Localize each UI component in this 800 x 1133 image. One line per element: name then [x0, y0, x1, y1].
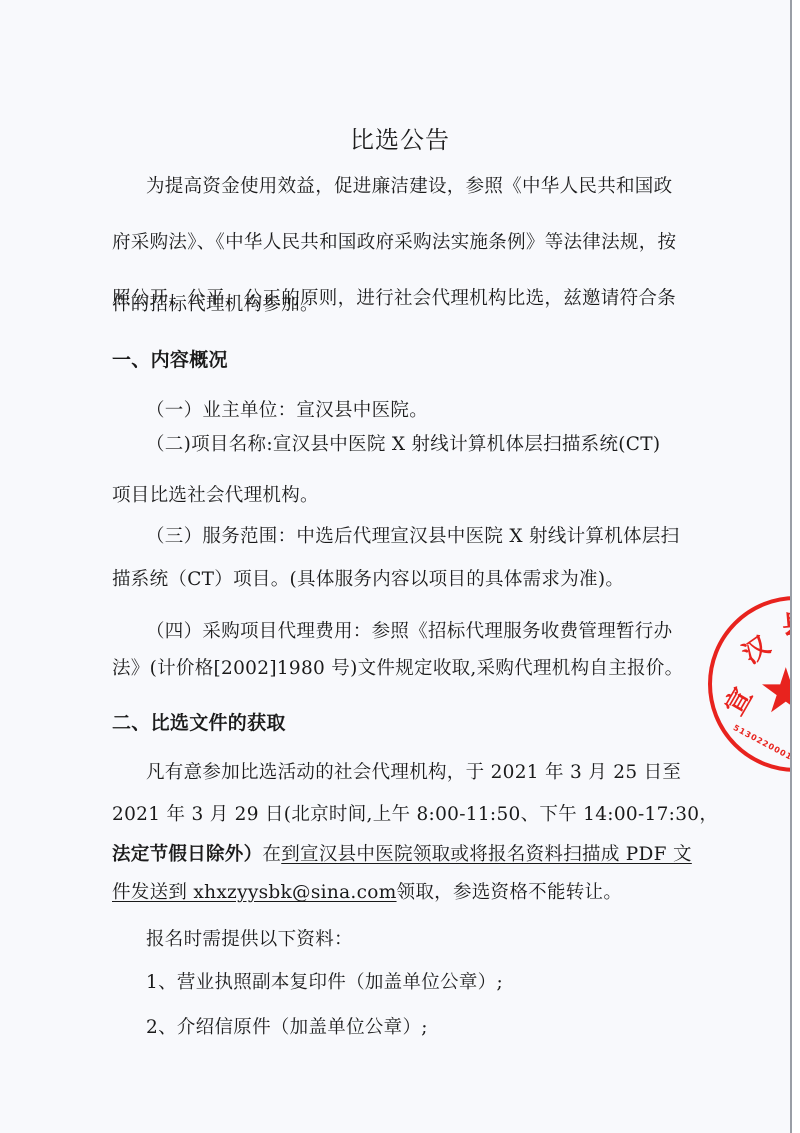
intro-line-4: 件的招标代理机构参加。: [112, 290, 319, 316]
page-title: 比选公告: [0, 120, 800, 155]
section-1-item-2-line-1: （二)项目名称:宣汉县中医院 X 射线计算机体层扫描系统(CT): [146, 430, 660, 456]
materials-item-1: 1、营业执照副本复印件（加盖单位公章）;: [146, 968, 503, 994]
intro-line-1: 为提高资金使用效益，促进廉洁建设，参照《中华人民共和国政: [146, 172, 672, 198]
transfer-note: 领取，参选资格不能转让。: [397, 882, 623, 903]
scan-edge-margin: [792, 0, 800, 1133]
at-text: 在: [262, 844, 281, 865]
official-seal: 宣 汉 县 ★ 5130220001: [708, 596, 800, 772]
document-page: 比选公告 为提高资金使用效益，促进廉洁建设，参照《中华人民共和国政 府采购法》、…: [0, 0, 790, 1133]
email-link[interactable]: 件发送到 xhxzyysbk@sina.com: [112, 882, 397, 903]
section-1-item-3-line-1: （三）服务范围：中选后代理宣汉县中医院 X 射线计算机体层扫: [146, 522, 679, 548]
section-1-item-4-line-2: 法》(计价格[2002]1980 号)文件规定收取,采购代理机构自主报价。: [112, 654, 683, 680]
materials-intro: 报名时需提供以下资料：: [146, 925, 353, 951]
section-2-para-line-1: 凡有意参加比选活动的社会代理机构，于 2021 年 3 月 25 日至: [146, 758, 681, 784]
intro-line-2: 府采购法》、《中华人民共和国政府采购法实施条例》等法律法规，按: [112, 228, 676, 254]
pickup-instructions: 到宣汉县中医院领取或将报名资料扫描成 PDF 文: [281, 844, 692, 865]
seal-serial: 5130220001: [732, 723, 794, 762]
materials-item-2: 2、介绍信原件（加盖单位公章）;: [146, 1013, 428, 1039]
section-2-heading: 二、比选文件的获取: [112, 708, 286, 735]
holiday-exclusion-text: 法定节假日除外）: [112, 844, 262, 865]
seal-char-1: 宣: [714, 680, 759, 721]
section-1-item-4-line-1: （四）采购项目代理费用：参照《招标代理服务收费管理暂行办: [146, 617, 672, 643]
section-1-item-3-line-2: 描系统（CT）项目。(具体服务内容以项目的具体需求为准)。: [112, 565, 624, 591]
section-2-para-line-4: 件发送到 xhxzyysbk@sina.com领取，参选资格不能转让。: [112, 878, 622, 904]
section-1-item-2-line-2: 项目比选社会代理机构。: [112, 481, 319, 507]
section-1-item-1: （一）业主单位：宣汉县中医院。: [146, 396, 428, 422]
section-2-para-line-2: 2021 年 3 月 29 日(北京时间,上午 8:00-11:50、下午 14…: [112, 800, 718, 826]
section-1-heading: 一、内容概况: [112, 345, 228, 372]
section-2-para-line-3: 法定节假日除外）在到宣汉县中医院领取或将报名资料扫描成 PDF 文: [112, 840, 692, 866]
